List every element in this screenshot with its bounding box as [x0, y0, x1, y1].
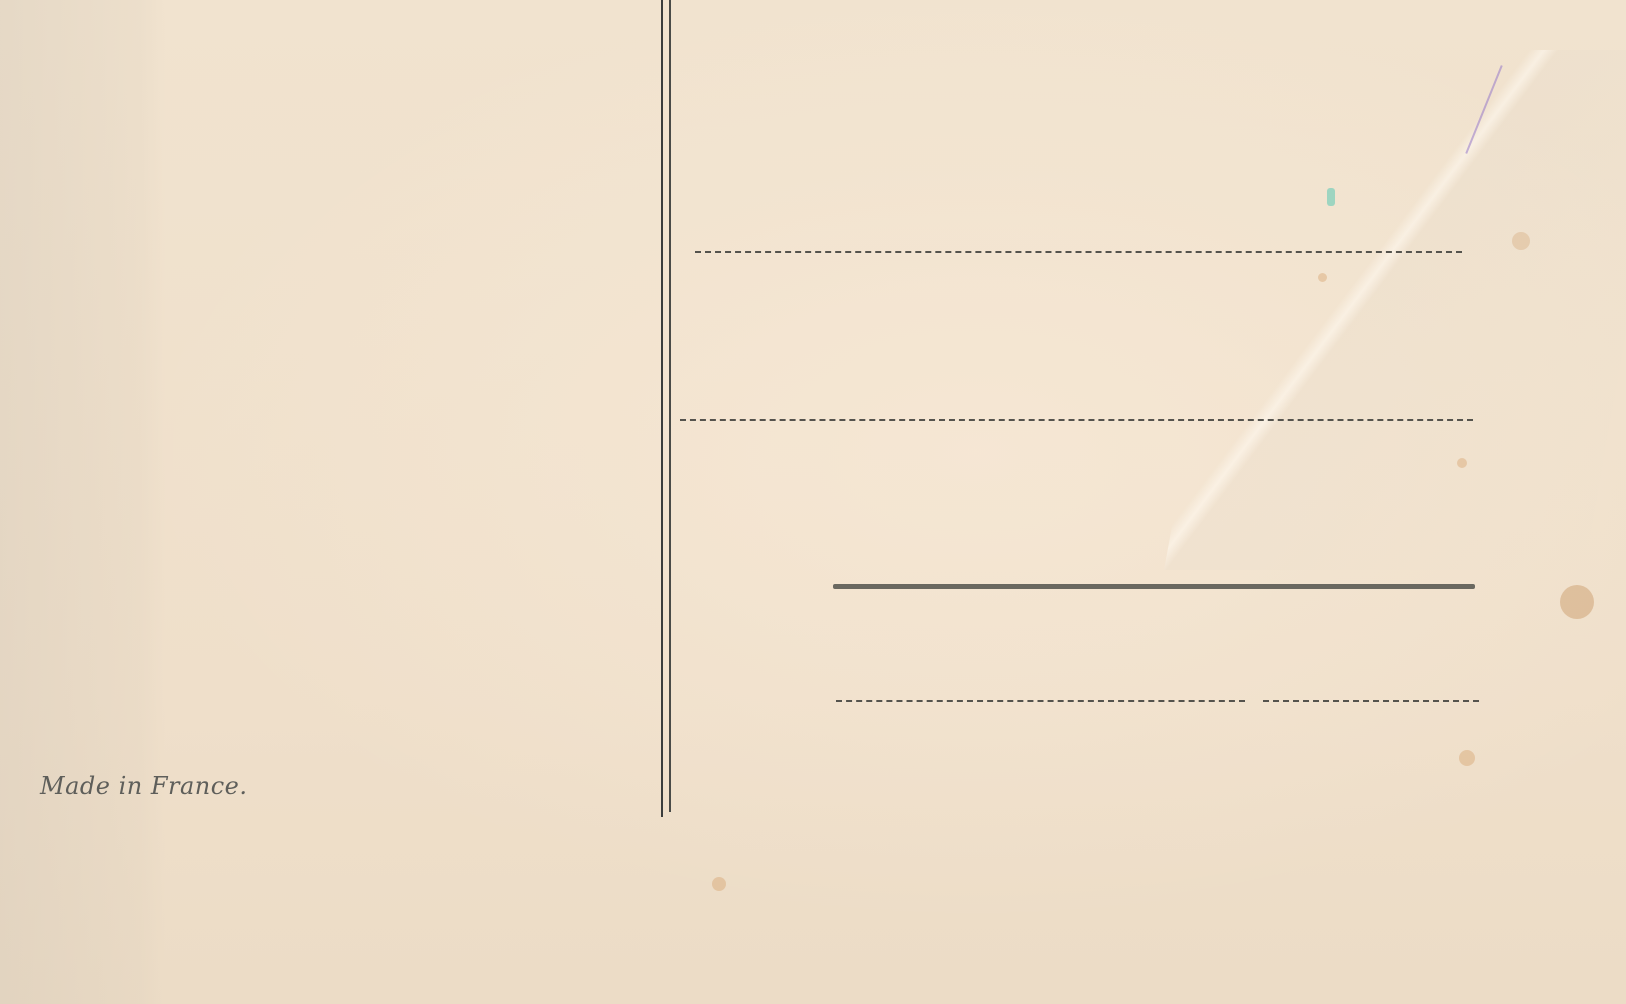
- fold-crease: [1164, 50, 1626, 570]
- foxing-stain: [712, 877, 726, 891]
- address-line-1: [695, 251, 1462, 253]
- address-line-4b: [1263, 700, 1479, 702]
- teal-speck: [1327, 188, 1335, 206]
- left-shaded-band: [0, 0, 165, 1004]
- foxing-stain: [1512, 232, 1530, 250]
- address-line-3: [833, 584, 1475, 589]
- divider-line-left: [661, 0, 663, 817]
- foxing-stain: [1459, 750, 1475, 766]
- address-line-4a: [836, 700, 1245, 702]
- address-line-2: [680, 419, 1473, 421]
- foxing-stain: [1318, 273, 1327, 282]
- foxing-stain: [1457, 458, 1467, 468]
- divider-line-right: [669, 0, 671, 812]
- foxing-stain: [1560, 585, 1594, 619]
- postcard-back: Made in France.: [0, 0, 1626, 1004]
- imprint-made-in-france: Made in France.: [40, 772, 248, 800]
